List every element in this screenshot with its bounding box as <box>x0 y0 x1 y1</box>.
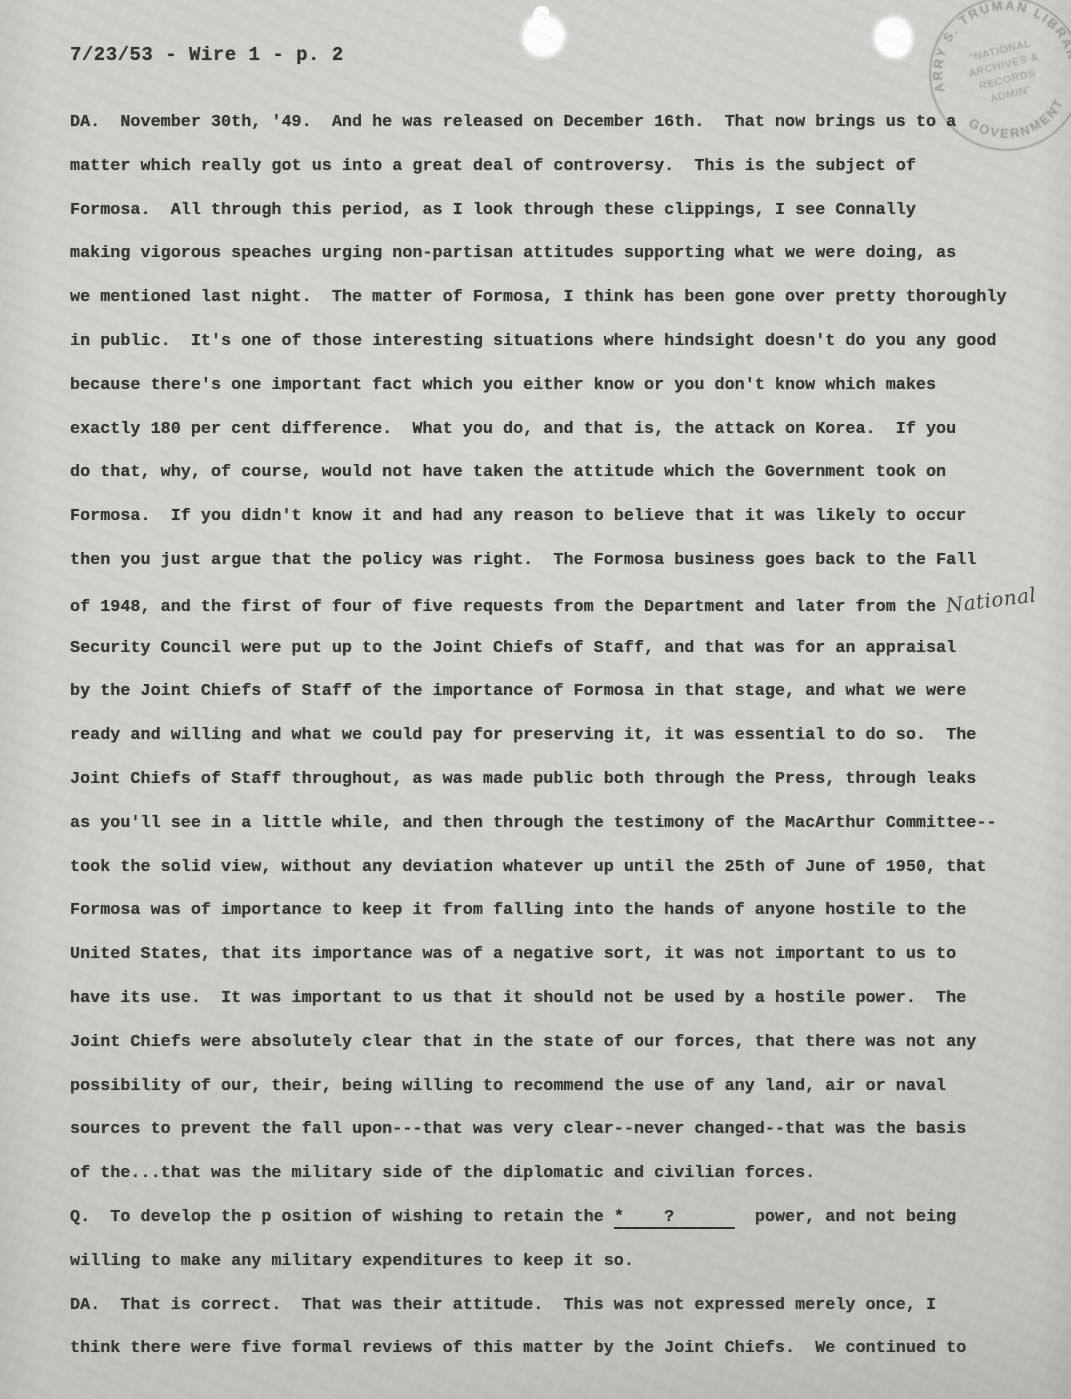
blank-underline: * ? <box>614 1208 735 1229</box>
text-line: Joint Chiefs of Staff throughout, as was… <box>70 758 1037 802</box>
line-segment: Q. To develop the p osition of wishing t… <box>70 1208 614 1227</box>
text-line: took the solid view, without any deviati… <box>70 846 1037 890</box>
text-line: we mentioned last night. The matter of F… <box>70 276 1037 320</box>
line-segment: have its use. It was important to us tha… <box>70 989 966 1008</box>
text-line: sources to prevent the fall upon---that … <box>70 1108 1037 1152</box>
line-segment: willing to make any military expenditure… <box>70 1252 634 1271</box>
line-segment: then you just argue that the policy was … <box>70 551 976 570</box>
line-segment: of the...that was the military side of t… <box>70 1164 815 1183</box>
text-line: of the...that was the military side of t… <box>70 1152 1037 1196</box>
document-page: 7/23/53 - Wire 1 - p. 2 HARRY S. TRUMAN … <box>0 0 1071 1399</box>
line-segment: power, and not being <box>735 1208 957 1227</box>
text-line: Q. To develop the p osition of wishing t… <box>70 1196 1037 1240</box>
line-segment: Joint Chiefs of Staff throughout, as was… <box>70 770 976 789</box>
text-line: DA. November 30th, '49. And he was relea… <box>70 101 1037 145</box>
text-line: exactly 180 per cent difference. What yo… <box>70 408 1037 452</box>
text-line: do that, why, of course, would not have … <box>70 451 1037 495</box>
text-line: Formosa. All through this period, as I l… <box>70 189 1037 233</box>
line-segment: think there were five formal reviews of … <box>70 1339 966 1358</box>
text-line: Joint Chiefs were absolutely clear that … <box>70 1021 1037 1065</box>
text-line: DA. That is correct. That was their atti… <box>70 1284 1037 1328</box>
line-segment: making vigorous speaches urging non-part… <box>70 244 956 263</box>
text-line: Formosa was of importance to keep it fro… <box>70 889 1037 933</box>
line-segment: exactly 180 per cent difference. What yo… <box>70 420 956 439</box>
line-segment: Security Council were put up to the Join… <box>70 639 956 658</box>
text-line: Formosa. If you didn't know it and had a… <box>70 495 1037 539</box>
line-segment: matter which really got us into a great … <box>70 157 916 176</box>
text-line: think there were five formal reviews of … <box>70 1327 1037 1371</box>
text-line: then you just argue that the policy was … <box>70 539 1037 583</box>
line-segment: Joint Chiefs were absolutely clear that … <box>70 1033 976 1052</box>
line-segment: by the Joint Chiefs of Staff of the impo… <box>70 682 966 701</box>
line-segment: possibility of our, their, being willing… <box>70 1077 946 1096</box>
text-line: in public. It's one of those interesting… <box>70 320 1037 364</box>
line-segment: of 1948, and the first of four of five r… <box>70 598 946 617</box>
line-segment: Formosa. If you didn't know it and had a… <box>70 507 966 526</box>
text-line: because there's one important fact which… <box>70 364 1037 408</box>
text-line: United States, that its importance was o… <box>70 933 1037 977</box>
line-segment: ready and willing and what we could pay … <box>70 726 976 745</box>
line-segment: DA. November 30th, '49. And he was relea… <box>70 113 956 132</box>
line-segment: sources to prevent the fall upon---that … <box>70 1120 966 1139</box>
line-segment: we mentioned last night. The matter of F… <box>70 288 1007 307</box>
text-line: willing to make any military expenditure… <box>70 1240 1037 1284</box>
text-line: Security Council were put up to the Join… <box>70 627 1037 671</box>
line-segment: in public. It's one of those interesting… <box>70 332 996 351</box>
text-line: possibility of our, their, being willing… <box>70 1065 1037 1109</box>
text-line: matter which really got us into a great … <box>70 145 1037 189</box>
line-segment: do that, why, of course, would not have … <box>70 463 946 482</box>
line-segment: DA. That is correct. That was their atti… <box>70 1296 936 1315</box>
text-line: by the Joint Chiefs of Staff of the impo… <box>70 670 1037 714</box>
text-line: as you'll see in a little while, and the… <box>70 802 1037 846</box>
line-segment: Formosa was of importance to keep it fro… <box>70 901 966 920</box>
punch-hole-left <box>523 15 565 57</box>
text-line: have its use. It was important to us tha… <box>70 977 1037 1021</box>
line-segment: Formosa. All through this period, as I l… <box>70 201 916 220</box>
line-segment: United States, that its importance was o… <box>70 945 956 964</box>
line-segment: because there's one important fact which… <box>70 376 936 395</box>
text-line: ready and willing and what we could pay … <box>70 714 1037 758</box>
text-line: of 1948, and the first of four of five r… <box>70 583 1037 627</box>
text-line: making vigorous speaches urging non-part… <box>70 232 1037 276</box>
line-segment: took the solid view, without any deviati… <box>70 858 986 877</box>
text-lines: DA. November 30th, '49. And he was relea… <box>70 101 1037 1371</box>
line-segment: as you'll see in a little while, and the… <box>70 814 996 833</box>
page-header: 7/23/53 - Wire 1 - p. 2 <box>70 44 344 66</box>
